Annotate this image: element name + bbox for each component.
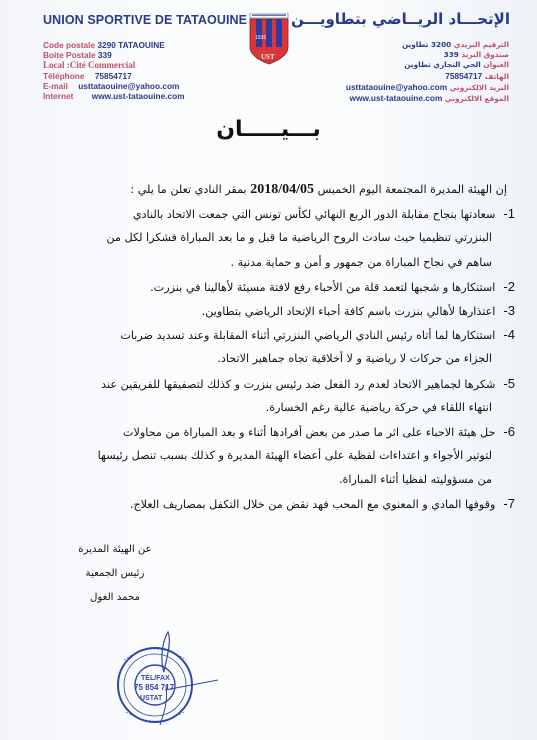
svg-text:UST: UST [261, 53, 275, 61]
club-name-fr: UNION SPORTIVE DE TATAOUINE [43, 13, 247, 27]
svg-text:USTAT: USTAT [140, 695, 163, 702]
meeting-date: 2018/04/05 [250, 182, 314, 197]
svg-text:1936: 1936 [255, 35, 266, 41]
list-item: 2-استنكارها و شجبها لتعمد قلة من الأحباء… [45, 275, 515, 299]
intro-line: إن الهيئة المديرة المجتمعة اليوم الخميس … [45, 178, 515, 202]
website-row: Internet www.ust-tataouine.com [43, 91, 185, 101]
list-item: 3-اعتذارها لأهالي بنزرت باسم كافة أحباء … [45, 299, 515, 323]
club-crest-logo: 1936 UST [249, 13, 289, 65]
contact-info-fr: Code postale 3290 TATAOUINE Boite Postal… [43, 40, 185, 101]
postal-code-row: Code postale 3290 TATAOUINE [43, 40, 185, 50]
po-box-row: Boite Postale 339 [43, 50, 185, 60]
phone-row: Téléphone 75854717 [43, 71, 185, 81]
list-item: 7-وقوفها المادي و المعنوي مع المحب فهد ن… [45, 492, 515, 516]
list-item: 5-شكرها لجماهير الاتحاد لعدم رد الفعل ضد… [45, 372, 515, 396]
statement-title: بـــيـــــان [0, 117, 537, 142]
signature-role: رئيس الجمعية [50, 562, 180, 586]
local-row: Local :Cité Commercial [43, 60, 185, 70]
official-stamp-icon: TÉL/FAX 75 854 717 USTAT [110, 630, 200, 730]
list-item: 4-استنكارها لما أتاه رئيس النادي الرياضي… [45, 323, 515, 347]
statement-body: إن الهيئة المديرة المجتمعة اليوم الخميس … [45, 178, 515, 517]
club-name-ar: الإتحـــاد الريــاضي بتطاويـــن [291, 10, 510, 28]
signature-board: عن الهيئة المديرة [50, 538, 180, 562]
list-item: 6-حل هيئة الاحباء على اثر ما صدر من بعض … [45, 420, 515, 444]
contact-info-ar: الترقيم البريدي 3200 تطاوين صندوق البريد… [346, 40, 509, 104]
email-row: E-mail usttataouine@yahoo.com [43, 81, 185, 91]
list-item: 1-سعادتها بنجاح مقابلة الدور الربع النها… [45, 202, 515, 226]
svg-text:75 854 717: 75 854 717 [134, 683, 175, 692]
svg-text:TÉL/FAX: TÉL/FAX [141, 673, 170, 682]
document-page: UNION SPORTIVE DE TATAOUINE Code postale… [0, 0, 537, 740]
signature-block: عن الهيئة المديرة رئيس الجمعية محمد الغو… [50, 538, 180, 610]
signature-name: محمد الغول [50, 586, 180, 610]
